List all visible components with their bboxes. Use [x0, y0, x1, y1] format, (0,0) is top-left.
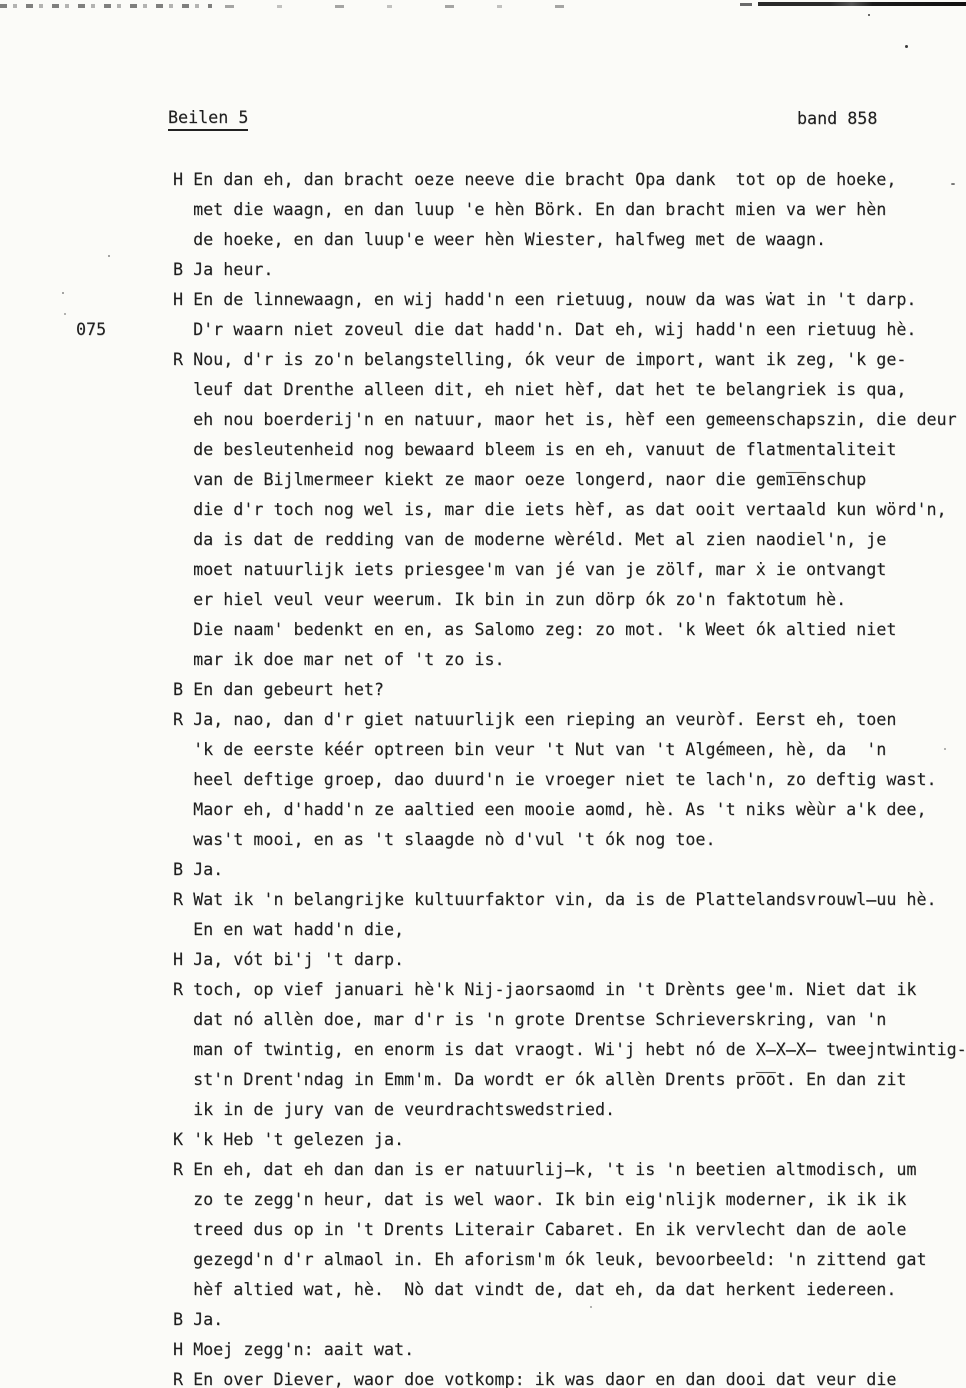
transcript-line: D'r waarn niet zoveul die dat hadd'n. Da… [173, 314, 966, 344]
transcript-line: eh nou boerderij'n en natuur, maor het i… [173, 404, 966, 434]
transcript-line: R En over Diever, waor doe votkomp: ik w… [173, 1364, 966, 1388]
transcript-line: R Ja, nao, dan d'r giet natuurlijk een r… [173, 704, 966, 734]
transcript-line: B Ja. [173, 1304, 966, 1334]
scan-artifact-solid-line-right [758, 2, 966, 6]
transcript-line: H En de linnewaagn, en wij hadd'n een ri… [173, 284, 966, 314]
transcript-line: zo te zegg'n heur, dat is wel waor. Ik b… [173, 1184, 966, 1214]
transcript-line: man of twintig, en enorm is dat vraogt. … [173, 1034, 966, 1064]
transcript-line: da is dat de redding van de moderne wèré… [173, 524, 966, 554]
transcript-line: H Moej zegg'n: aait wat. [173, 1334, 966, 1364]
transcript-line: H En dan eh, dan bracht oeze neeve die b… [173, 164, 966, 194]
transcript-line: ik in de jury van de veurdrachtswedstrie… [173, 1094, 966, 1124]
transcript-line: st'n Drent'ndag in Emm'm. Da wordt er ók… [173, 1064, 966, 1094]
transcript-line: Die naam' bedenkt en en, as Salomo zeg: … [173, 614, 966, 644]
transcript-line: van de Bijlmermeer kiekt ze maor oeze lo… [173, 464, 966, 494]
transcript-line: H Ja, vót bi'j 't darp. [173, 944, 966, 974]
transcript-line: mar ik doe mar net of 't zo is. [173, 644, 966, 674]
transcript-line: leuf dat Drenthe alleen dit, eh niet hèf… [173, 374, 966, 404]
transcript-line: er hiel veul veur weerum. Ik bin in zun … [173, 584, 966, 614]
transcript-line: R En eh, dat eh dan dan is er natuurlij̶… [173, 1154, 966, 1184]
transcript-line: heel deftige groep, dao duurd'n ie vroeg… [173, 764, 966, 794]
transcript-line: de hoeke, en dan luup'e weer hèn Wiester… [173, 224, 966, 254]
transcript-line: R Nou, d'r is zo'n belangstelling, ók ve… [173, 344, 966, 374]
transcript-line: B Ja heur. [173, 254, 966, 284]
scan-speck [62, 292, 64, 294]
scan-speck [108, 255, 110, 257]
transcript-line: treed dus op in 't Drents Literair Cabar… [173, 1214, 966, 1244]
transcript-body: H En dan eh, dan bracht oeze neeve die b… [173, 164, 966, 1388]
transcript-line: met die waagn, en dan luup 'e hèn Börk. … [173, 194, 966, 224]
transcript-line: moet natuurlijk iets priesgee'm van jé v… [173, 554, 966, 584]
transcript-line: R toch, op vief januari hè'k Nij-jaorsao… [173, 974, 966, 1004]
page-title: Beilen 5 [168, 106, 248, 131]
transcript-line: R Wat ik 'n belangrijke kultuurfaktor vi… [173, 884, 966, 914]
transcript-line: Maor eh, d'hadd'n ze aaltied een mooie a… [173, 794, 966, 824]
document-page: Beilen 5 band 858 075 H En dan eh, dan b… [0, 0, 966, 1388]
band-number: band 858 [797, 107, 877, 129]
margin-line-number: 075 [76, 314, 106, 344]
transcript-line: K 'k Heb 't gelezen ja. [173, 1124, 966, 1154]
transcript-line: B En dan gebeurt het? [173, 674, 966, 704]
transcript-line: 'k de eerste kéér optreen bin veur 't Nu… [173, 734, 966, 764]
transcript-line: En en wat hadd'n die, [173, 914, 966, 944]
transcript-line: B Ja. [173, 854, 966, 884]
scan-artifact-dashed-line-left [0, 4, 212, 8]
transcript-line: hèf altied wat, hè. Nò dat vindt de, dat… [173, 1274, 966, 1304]
scan-artifact-dash [740, 3, 752, 6]
scan-speck [905, 45, 908, 48]
transcript-line: die d'r toch nog wel is, mar die iets hè… [173, 494, 966, 524]
transcript-line: was't mooi, en as 't slaagde nò d'vul 't… [173, 824, 966, 854]
transcript-line: dat nó allèn doe, mar d'r is 'n grote Dr… [173, 1004, 966, 1034]
transcript-line: gezegd'n d'r almaol in. Eh aforism'm ók … [173, 1244, 966, 1274]
scan-artifact-dashed-line-mid [225, 5, 605, 8]
scan-speck [868, 14, 870, 16]
scan-speck [64, 313, 66, 315]
transcript-line: de besleutenheid nog bewaard bleem is en… [173, 434, 966, 464]
